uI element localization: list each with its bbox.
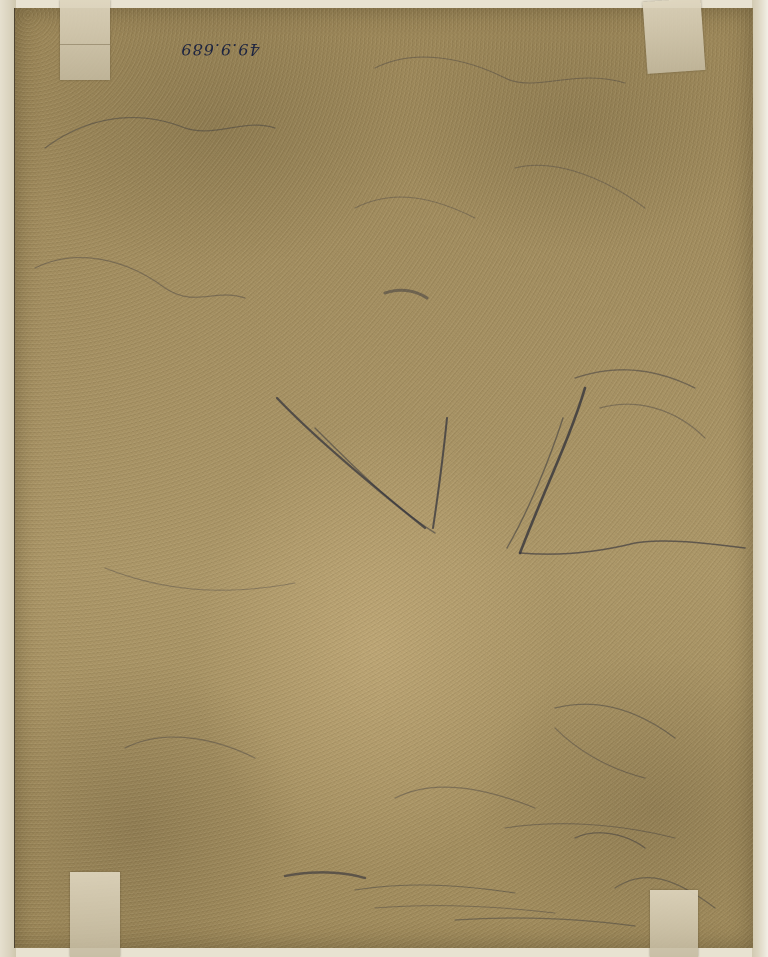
tape-top-right	[643, 0, 706, 74]
tape-bottom-left	[70, 872, 120, 957]
accession-number: 49.9.689	[165, 36, 275, 64]
tape-top-left	[60, 0, 110, 80]
paper-sheet: 49.9.689	[14, 8, 753, 948]
graphite-sketch	[15, 8, 753, 948]
tape-bottom-right	[650, 890, 698, 957]
